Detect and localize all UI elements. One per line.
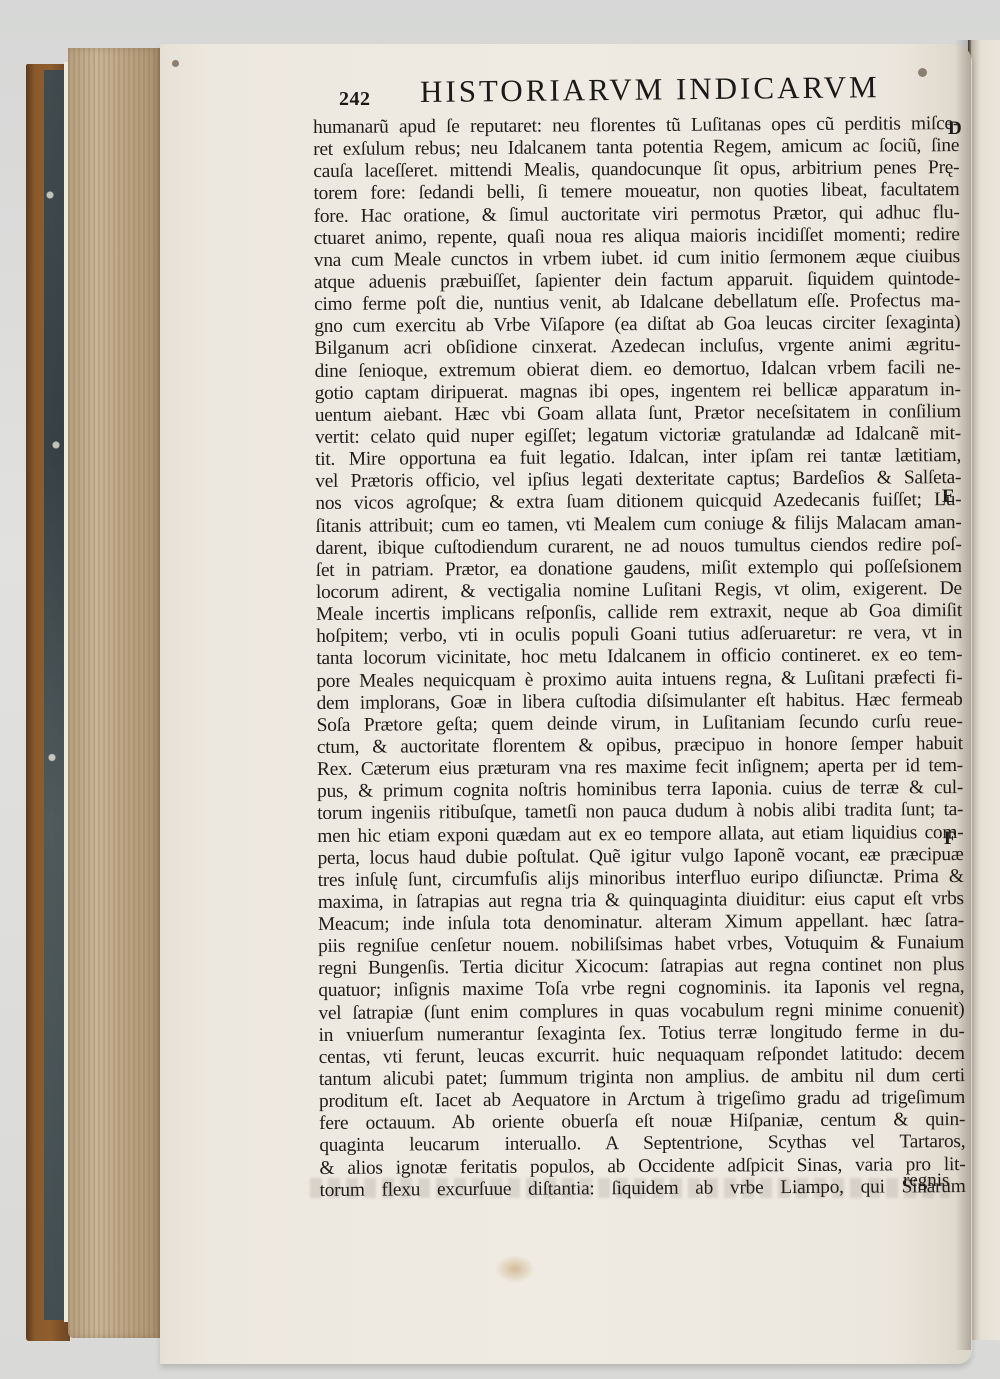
marbled-endpaper [44, 70, 64, 1320]
body-text: humanarũ apud ſe reputaret: neu florente… [313, 113, 970, 1202]
text-line: torum ingeniis ritibuſque, tametſi non p… [317, 799, 963, 825]
text-line: torum flexu excurſuue diſtantia: ſiquide… [319, 1176, 965, 1202]
worm-hole [172, 60, 179, 67]
paper-stain [495, 1255, 535, 1283]
facing-page-edge [968, 40, 1000, 1340]
text-block-fore-edge [68, 48, 164, 1338]
running-head: 242 HISTORIARVM INDICARVM [335, 74, 935, 114]
text-line: tanta locorum vicinitate, hoc metu Idalc… [316, 644, 962, 670]
page-number: 242 [339, 88, 371, 111]
margin-signature-letter: E [942, 486, 955, 508]
text-line: nos vicos agroſque; & extra ſuam ditione… [315, 489, 961, 515]
margin-signature-letter: F [944, 828, 956, 850]
catchword: regnis [903, 1170, 949, 1192]
margin-signature-letter: D [948, 118, 962, 140]
running-head-title: HISTORIARVM INDICARVM [420, 69, 880, 110]
